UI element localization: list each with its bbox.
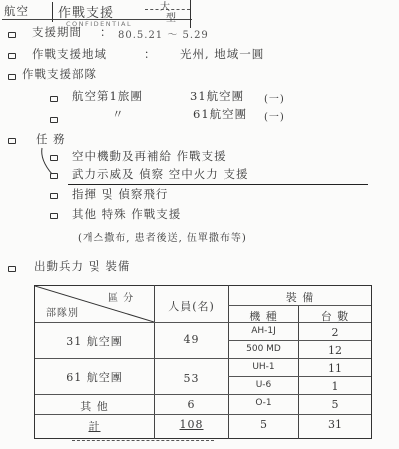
bullet-icon bbox=[8, 53, 16, 59]
separator: ： bbox=[144, 46, 157, 62]
personnel-cell: 6 bbox=[155, 398, 228, 411]
area-value: 光州, 地域一圓 bbox=[180, 46, 264, 62]
type-cell: O-1 bbox=[229, 398, 298, 408]
area-label: 作戰支援地域 bbox=[32, 46, 107, 62]
bullet-icon bbox=[50, 173, 58, 179]
header-bracket bbox=[190, 0, 191, 28]
underline bbox=[68, 184, 368, 185]
unit-note: (一) bbox=[264, 108, 285, 123]
count-cell: 1 bbox=[299, 380, 371, 393]
type-cell: UH-1 bbox=[229, 362, 298, 372]
header-type: 機 種 bbox=[229, 308, 298, 324]
total-count: 31 bbox=[299, 418, 371, 431]
type-cell: 500 MD bbox=[229, 344, 298, 354]
bullet-icon bbox=[8, 32, 16, 38]
personnel-cell: 49 bbox=[155, 333, 228, 346]
type-cell: AH-1J bbox=[229, 326, 298, 336]
bullet-icon bbox=[50, 213, 58, 219]
header-count: 台 數 bbox=[299, 308, 371, 324]
header-diag-bottom: 部隊別 bbox=[46, 304, 79, 319]
unit-name: 〃 bbox=[112, 106, 125, 122]
bullet-icon bbox=[50, 155, 58, 161]
row-divider bbox=[35, 414, 371, 415]
mission-label: 任 務 bbox=[36, 131, 66, 147]
bullet-icon bbox=[50, 193, 58, 199]
header-equipment: 裝 備 bbox=[229, 289, 371, 305]
bullet-icon bbox=[50, 117, 58, 123]
total-type: 5 bbox=[229, 418, 298, 431]
bullet-icon bbox=[8, 266, 16, 272]
unit-note: (一) bbox=[264, 90, 285, 105]
header-label: 航空 bbox=[4, 3, 29, 19]
count-cell: 2 bbox=[299, 326, 371, 339]
header-personnel: 人員(名) bbox=[155, 298, 228, 314]
type-cell: U-6 bbox=[229, 380, 298, 390]
unit-cell: 其 他 bbox=[35, 398, 154, 414]
period-label: 支援期間 bbox=[32, 24, 82, 40]
bullet-icon bbox=[50, 96, 58, 102]
unit-sub: 61航空團 bbox=[193, 106, 247, 122]
row-divider bbox=[35, 394, 371, 395]
total-personnel: 108 bbox=[155, 418, 228, 431]
personnel-cell: 53 bbox=[155, 372, 228, 385]
header-diag-top: 區 分 bbox=[108, 289, 134, 304]
mission-note: (개스撒布, 患者後送, 伍單撒布等) bbox=[78, 229, 247, 244]
row-divider bbox=[228, 340, 371, 341]
separator: ： bbox=[100, 24, 113, 40]
unit-name: 航空第1旅團 bbox=[72, 88, 143, 104]
row-divider bbox=[35, 358, 371, 359]
unit-sub: 31航空團 bbox=[190, 88, 244, 104]
total-label: 計 bbox=[35, 418, 154, 434]
stamp-bottom: 型 bbox=[166, 9, 177, 24]
row-divider bbox=[228, 305, 371, 306]
count-cell: 5 bbox=[299, 398, 371, 411]
count-cell: 11 bbox=[299, 362, 371, 375]
mission-text: 武力示威及 偵察 空中火力 支援 bbox=[72, 166, 248, 182]
row-divider bbox=[228, 376, 371, 377]
redaction-rule bbox=[72, 440, 214, 441]
unit-cell: 31 航空團 bbox=[35, 333, 154, 349]
mission-text: 其他 特殊 作戰支援 bbox=[72, 206, 181, 222]
deployment-title: 出動兵力 및 裝備 bbox=[34, 258, 130, 274]
bullet-icon bbox=[8, 74, 16, 80]
period-value: 80.5.21 ～ 5.29 bbox=[118, 26, 209, 41]
mission-text: 空中機動及再補給 作戰支援 bbox=[72, 148, 227, 164]
unit-cell: 61 航空團 bbox=[35, 369, 154, 385]
units-label: 作戰支援部隊 bbox=[22, 66, 97, 82]
mission-text: 指揮 및 偵察飛行 bbox=[72, 186, 168, 202]
bullet-icon bbox=[8, 138, 16, 144]
count-cell: 12 bbox=[299, 344, 371, 357]
